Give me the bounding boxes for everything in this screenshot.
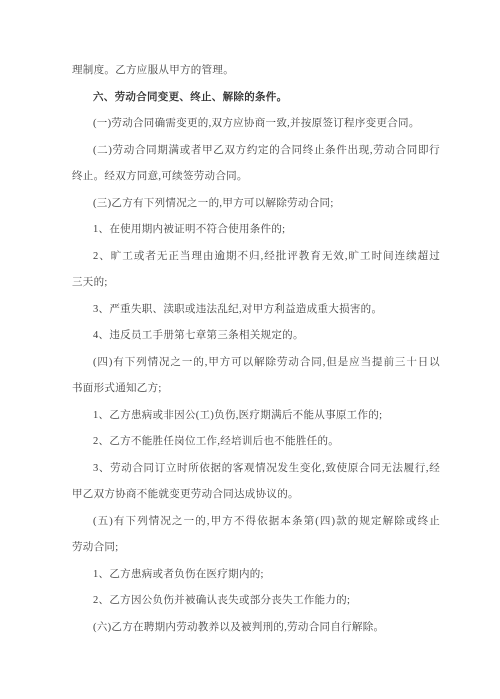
list-item-line: 4、违反员工手册第七章第三条相关规定的。 — [72, 323, 440, 350]
document-text-block: 理制度。乙方应服从甲方的管理。 六、劳动合同变更、终止、解除的条件。 (一)劳动… — [72, 58, 440, 641]
text-line-continuation: 劳动合同; — [72, 535, 440, 562]
clause-line: (四)有下列情况之一的,甲方可以解除劳动合同,但是应当提前三十日以 — [72, 350, 440, 377]
clause-line: (五)有下列情况之一的,甲方不得依据本条第(四)款的规定解除或终止 — [72, 509, 440, 536]
clause-line: (一)劳动合同确需变更的,双方应协商一致,并按原签订程序变更合同。 — [72, 111, 440, 138]
list-item-line: 2、乙方不能胜任岗位工作,经培训后也不能胜任的。 — [72, 429, 440, 456]
list-item-line: 1、乙方患病或者负伤在医疗期内的; — [72, 562, 440, 589]
text-line-continuation: 终止。经双方同意,可续签劳动合同。 — [72, 164, 440, 191]
text-line-continuation: 三天的; — [72, 270, 440, 297]
text-line-continuation: 书面形式通知乙方; — [72, 376, 440, 403]
list-item-line: 1、在使用期内被证明不符合使用条件的; — [72, 217, 440, 244]
text-line-continuation: 理制度。乙方应服从甲方的管理。 — [72, 58, 440, 85]
section-heading: 六、劳动合同变更、终止、解除的条件。 — [72, 85, 440, 112]
list-item-line: 3、严重失职、渎职或违法乱纪,对甲方利益造成重大损害的。 — [72, 297, 440, 324]
clause-line: (二)劳动合同期满或者甲乙双方约定的合同终止条件出现,劳动合同即行 — [72, 138, 440, 165]
list-item-line: 2、乙方因公负伤并被确认丧失或部分丧失工作能力的; — [72, 588, 440, 615]
document-page: 理制度。乙方应服从甲方的管理。 六、劳动合同变更、终止、解除的条件。 (一)劳动… — [0, 0, 500, 699]
clause-line: (六)乙方在聘期内劳动教养以及被判刑的,劳动合同自行解除。 — [72, 615, 440, 642]
list-item-line: 1、乙方患病或非因公(工)负伤,医疗期满后不能从事原工作的; — [72, 403, 440, 430]
list-item-line: 3、劳动合同订立时所依据的客观情况发生变化,致使原合同无法履行,经 — [72, 456, 440, 483]
list-item-line: 2、旷工或者无正当理由逾期不归,经批评教育无效,旷工时间连续超过 — [72, 244, 440, 271]
text-line-continuation: 甲乙双方协商不能就变更劳动合同达成协议的。 — [72, 482, 440, 509]
clause-line: (三)乙方有下列情况之一的,甲方可以解除劳动合同; — [72, 191, 440, 218]
